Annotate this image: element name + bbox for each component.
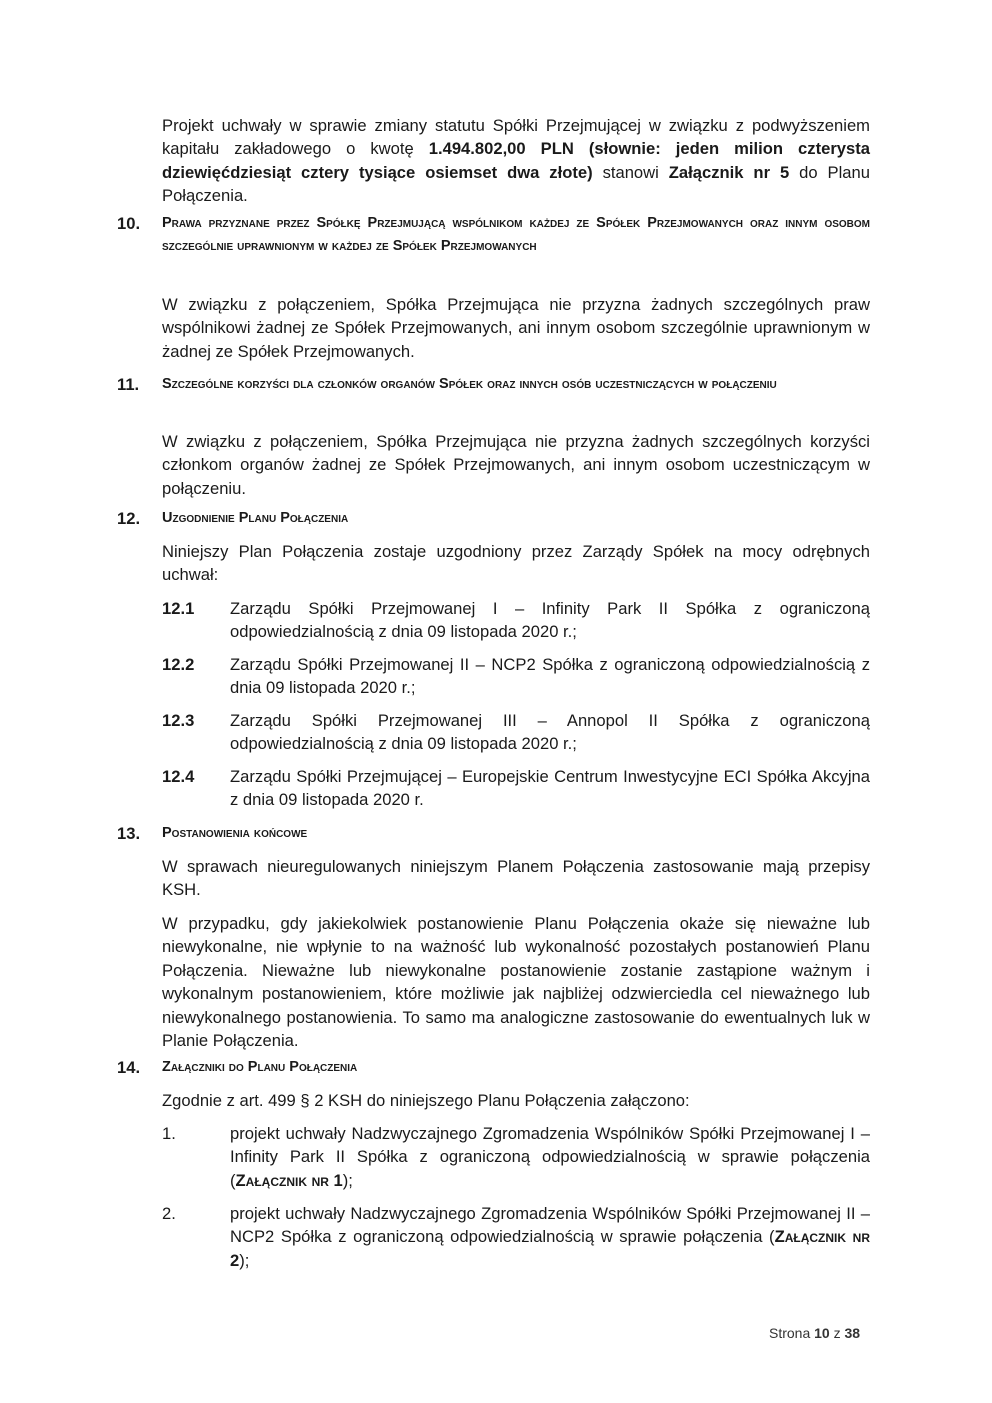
- item-number: 12.1: [162, 597, 194, 620]
- item-number: 12.4: [162, 765, 194, 788]
- item-text: Zarządu Spółki Przejmowanej III – Annopo…: [230, 709, 870, 756]
- section-title: Uzgodnienie Planu Połączenia: [162, 507, 870, 530]
- item-text: Zarządu Spółki Przejmującej – Europejski…: [230, 765, 870, 812]
- attachment-number: 2.: [162, 1202, 176, 1225]
- attachment-number: 1.: [162, 1122, 176, 1145]
- section-13-paragraph-1: W sprawach nieuregulowanych niniejszym P…: [162, 855, 870, 902]
- total-pages: 38: [845, 1325, 861, 1341]
- intro-paragraph: Projekt uchwały w sprawie zmiany statutu…: [162, 114, 870, 208]
- section-number: 11.: [117, 373, 139, 396]
- attachment-suffix: );: [343, 1171, 353, 1190]
- item-number: 12.3: [162, 709, 194, 732]
- section-10-paragraph: W związku z połączeniem, Spółka Przejmuj…: [162, 293, 870, 363]
- section-14-paragraph: Zgodnie z art. 499 § 2 KSH do niniejszeg…: [162, 1089, 870, 1112]
- attachment-text: projekt uchwały Nadzwyczajnego Zgromadze…: [230, 1122, 870, 1192]
- section-number: 14.: [117, 1056, 140, 1079]
- item-number: 12.2: [162, 653, 194, 676]
- section-title: Prawa przyznane przez Spółkę Przejmującą…: [162, 212, 870, 259]
- attachment-ref: Załącznik nr 5: [669, 163, 789, 182]
- section-number: 12.: [117, 507, 140, 530]
- footer-prefix: Strona: [769, 1325, 814, 1341]
- document-page: Projekt uchwały w sprawie zmiany statutu…: [0, 0, 992, 1403]
- section-title: Szczególne korzyści dla członków organów…: [162, 373, 870, 396]
- section-number: 10.: [117, 212, 140, 235]
- section-title: Postanowienia końcowe: [162, 822, 870, 845]
- section-title: Załączniki do Planu Połączenia: [162, 1056, 870, 1079]
- section-12-paragraph: Niniejszy Plan Połączenia zostaje uzgodn…: [162, 540, 870, 587]
- section-number: 13.: [117, 822, 140, 845]
- attachment-label: Załącznik nr 1: [236, 1171, 343, 1190]
- attachment-text: projekt uchwały Nadzwyczajnego Zgromadze…: [230, 1202, 870, 1272]
- section-13-paragraph-2: W przypadku, gdy jakiekolwiek postanowie…: [162, 912, 870, 1052]
- item-text: Zarządu Spółki Przejmowanej II – NCP2 Sp…: [230, 653, 870, 700]
- item-text: Zarządu Spółki Przejmowanej I – Infinity…: [230, 597, 870, 644]
- page-number-footer: Strona 10 z 38: [769, 1325, 860, 1341]
- attachment-suffix: );: [239, 1251, 249, 1270]
- footer-separator: z: [830, 1325, 845, 1341]
- current-page: 10: [814, 1325, 830, 1341]
- intro-text-2: stanowi: [593, 163, 669, 182]
- section-11-paragraph: W związku z połączeniem, Spółka Przejmuj…: [162, 430, 870, 500]
